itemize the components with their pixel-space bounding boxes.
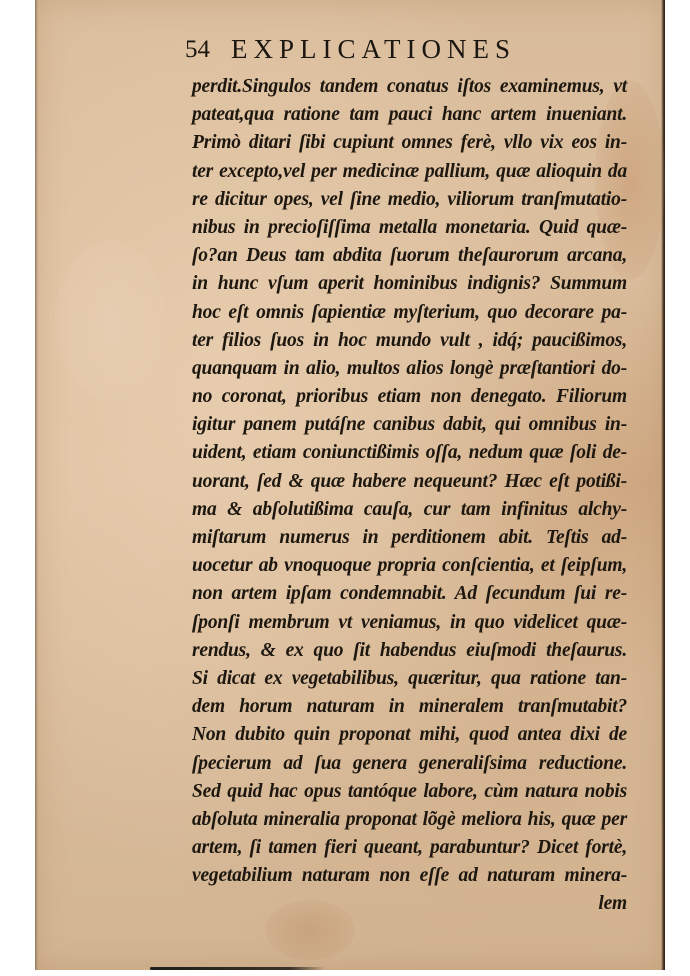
page-number: 54 (185, 36, 210, 64)
book-page: 54 EXPLICATIONES perdit.Singulos tandem … (35, 0, 665, 970)
text-line: dem horum naturam in mineralem tranſmuta… (192, 693, 627, 721)
text-line: uident, etiam coniunctißimis oſſa, nedum… (192, 439, 627, 467)
text-line: no coronat, prioribus etiam non denegato… (192, 383, 627, 411)
running-head: EXPLICATIONES (231, 34, 516, 65)
text-line: pateat,qua ratione tam pauci hanc artem … (192, 101, 627, 129)
text-line: perdit.Singulos tandem conatus iſtos exa… (192, 73, 627, 101)
paper-stain (55, 240, 165, 400)
text-line: uorant, ſed & quæ habere nequeunt? Hæc e… (192, 468, 627, 496)
text-line: igitur panem putáſne canibus dabit, qui … (192, 411, 627, 439)
text-line: abſoluta mineralia proponat lõgè meliora… (192, 806, 627, 834)
catchword: lem (192, 890, 627, 918)
text-line: quanquam in alio, multos alios longè præ… (192, 355, 627, 383)
text-line: ſo?an Deus tam abdita ſuorum theſaurorum… (192, 242, 627, 270)
text-line: ma & abſolutißima cauſa, cur tam infinit… (192, 496, 627, 524)
text-line: artem, ſi tamen fieri queant, parabuntur… (192, 834, 627, 862)
text-line: ter filios ſuos in hoc mundo vult , idq́… (192, 327, 627, 355)
page-bottom-shadow (150, 967, 325, 970)
text-line: ſponſi membrum vt veniamus, in quo videl… (192, 609, 627, 637)
text-line: vegetabilium naturam non eſſe ad naturam… (192, 862, 627, 890)
text-line: ſpecierum ad ſua genera generaliſsima re… (192, 750, 627, 778)
body-text: perdit.Singulos tandem conatus iſtos exa… (192, 73, 627, 919)
text-line: hoc eſt omnis ſapientiæ myſterium, quo d… (192, 299, 627, 327)
text-line: nibus in precioſiſſima metalla monetaria… (192, 214, 627, 242)
text-line: uocetur ab vnoquoque propria conſcientia… (192, 552, 627, 580)
text-line: Non dubito quin proponat mihi, quod ante… (192, 721, 627, 749)
page-header: 54 EXPLICATIONES (185, 34, 605, 70)
text-line: miſtarum numerus in perditionem abit. Te… (192, 524, 627, 552)
text-line: in hunc vſum aperit hominibus indignis? … (192, 270, 627, 298)
text-line: ter excepto,vel per medicinæ pallium, qu… (192, 158, 627, 186)
page-left-edge (35, 0, 38, 970)
text-line: rendus, & ex quo ſit habendus eiuſmodi t… (192, 637, 627, 665)
page-gutter-edge (661, 0, 665, 970)
text-line: Sed quid hac opus tantóque labore, cùm n… (192, 778, 627, 806)
text-line: non artem ipſam condemnabit. Ad ſecundum… (192, 580, 627, 608)
text-line: Si dicat ex vegetabilibus, quæritur, qua… (192, 665, 627, 693)
text-line: Primò ditari ſibi cupiunt omnes ferè, vl… (192, 129, 627, 157)
text-line: re dicitur opes, vel ſine medio, vilioru… (192, 186, 627, 214)
